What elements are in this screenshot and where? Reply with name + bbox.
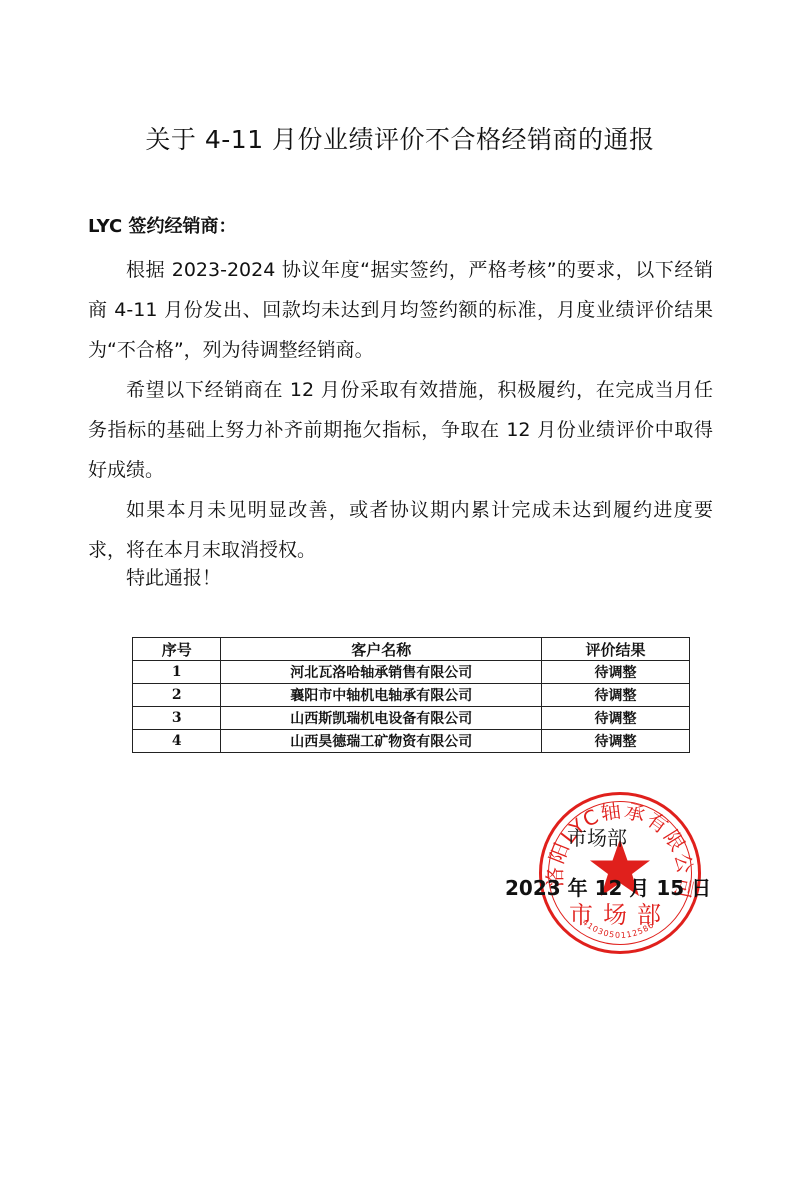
cell-index: 4 [133,730,221,753]
table-row: 4 山西昊德瑞工矿物资有限公司 待调整 [133,730,690,753]
table-row: 2 襄阳市中轴机电轴承有限公司 待调整 [133,684,690,707]
table-header-row: 序号 客户名称 评价结果 [133,638,690,661]
signature-department: 市场部 [567,822,627,851]
cell-customer-name: 河北瓦洛哈轴承销售有限公司 [221,661,542,684]
header-result: 评价结果 [542,638,690,661]
signature-date: 2023 年 12 月 15 日 [505,872,711,901]
paragraph-1: 根据 2023-2024 协议年度“据实签约，严格考核”的要求，以下经销商 4-… [88,250,713,370]
cell-customer-name: 山西昊德瑞工矿物资有限公司 [221,730,542,753]
paragraph-2: 希望以下经销商在 12 月份采取有效措施，积极履约，在完成当月任务指标的基础上努… [88,370,713,490]
table-row: 1 河北瓦洛哈轴承销售有限公司 待调整 [133,661,690,684]
body-text: 根据 2023-2024 协议年度“据实签约，严格考核”的要求，以下经销商 4-… [88,250,713,570]
cell-index: 2 [133,684,221,707]
document-title: 关于 4-11 月份业绩评价不合格经销商的通报 [0,120,800,156]
cell-index: 1 [133,661,221,684]
closing-text: 特此通报！ [126,563,221,590]
cell-index: 3 [133,707,221,730]
table-row: 3 山西斯凯瑞机电设备有限公司 待调整 [133,707,690,730]
paragraph-3: 如果本月未见明显改善，或者协议期内累计完成未达到履约进度要求，将在本月末取消授权… [88,490,713,570]
cell-result: 待调整 [542,707,690,730]
cell-customer-name: 山西斯凯瑞机电设备有限公司 [221,707,542,730]
cell-result: 待调整 [542,730,690,753]
header-customer-name: 客户名称 [221,638,542,661]
header-index: 序号 [133,638,221,661]
salutation: LYC 签约经销商： [88,212,237,238]
cell-customer-name: 襄阳市中轴机电轴承有限公司 [221,684,542,707]
cell-result: 待调整 [542,661,690,684]
cell-result: 待调整 [542,684,690,707]
dealer-table: 序号 客户名称 评价结果 1 河北瓦洛哈轴承销售有限公司 待调整 2 襄阳市中轴… [132,637,690,753]
